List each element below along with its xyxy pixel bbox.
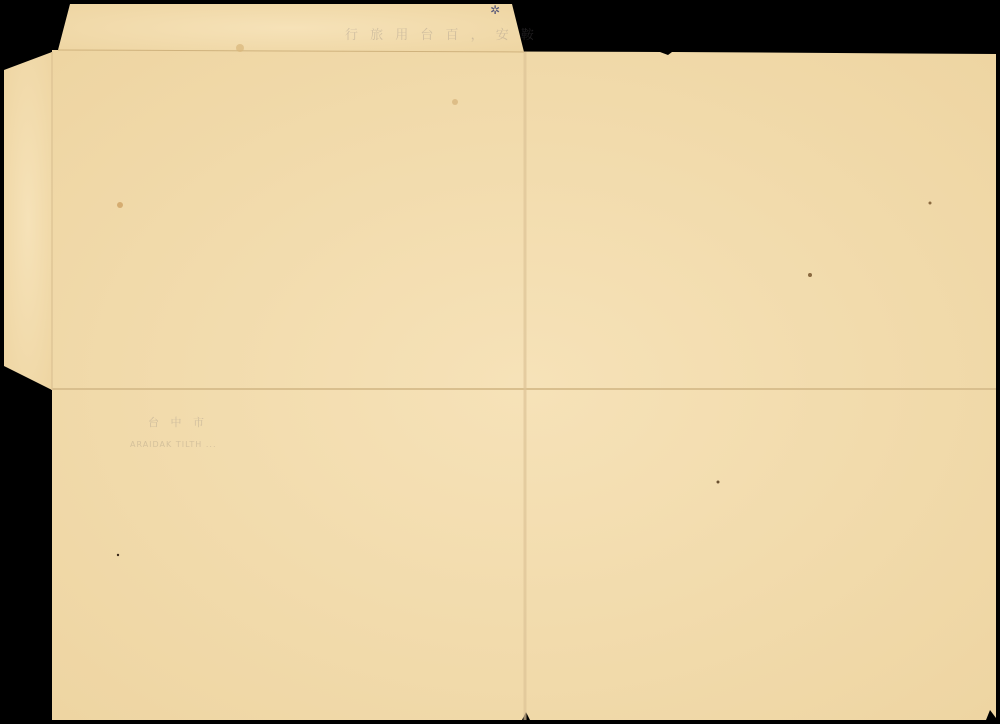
envelope-sheet	[0, 0, 1000, 724]
top-flap-faint-text: 行 旅 用 台 百 ， 安 鞍	[345, 24, 538, 43]
corner-mark-icon: ✲	[490, 3, 500, 17]
left-flap	[4, 52, 52, 390]
lower-faint-line: ARAIDAK TILTH ...	[130, 440, 217, 449]
scan-background: 行 旅 用 台 百 ， 安 鞍 ✲ 台 中 市 ARAIDAK TILTH ..…	[0, 0, 1000, 724]
lower-faint-heading: 台 中 市	[148, 414, 208, 430]
